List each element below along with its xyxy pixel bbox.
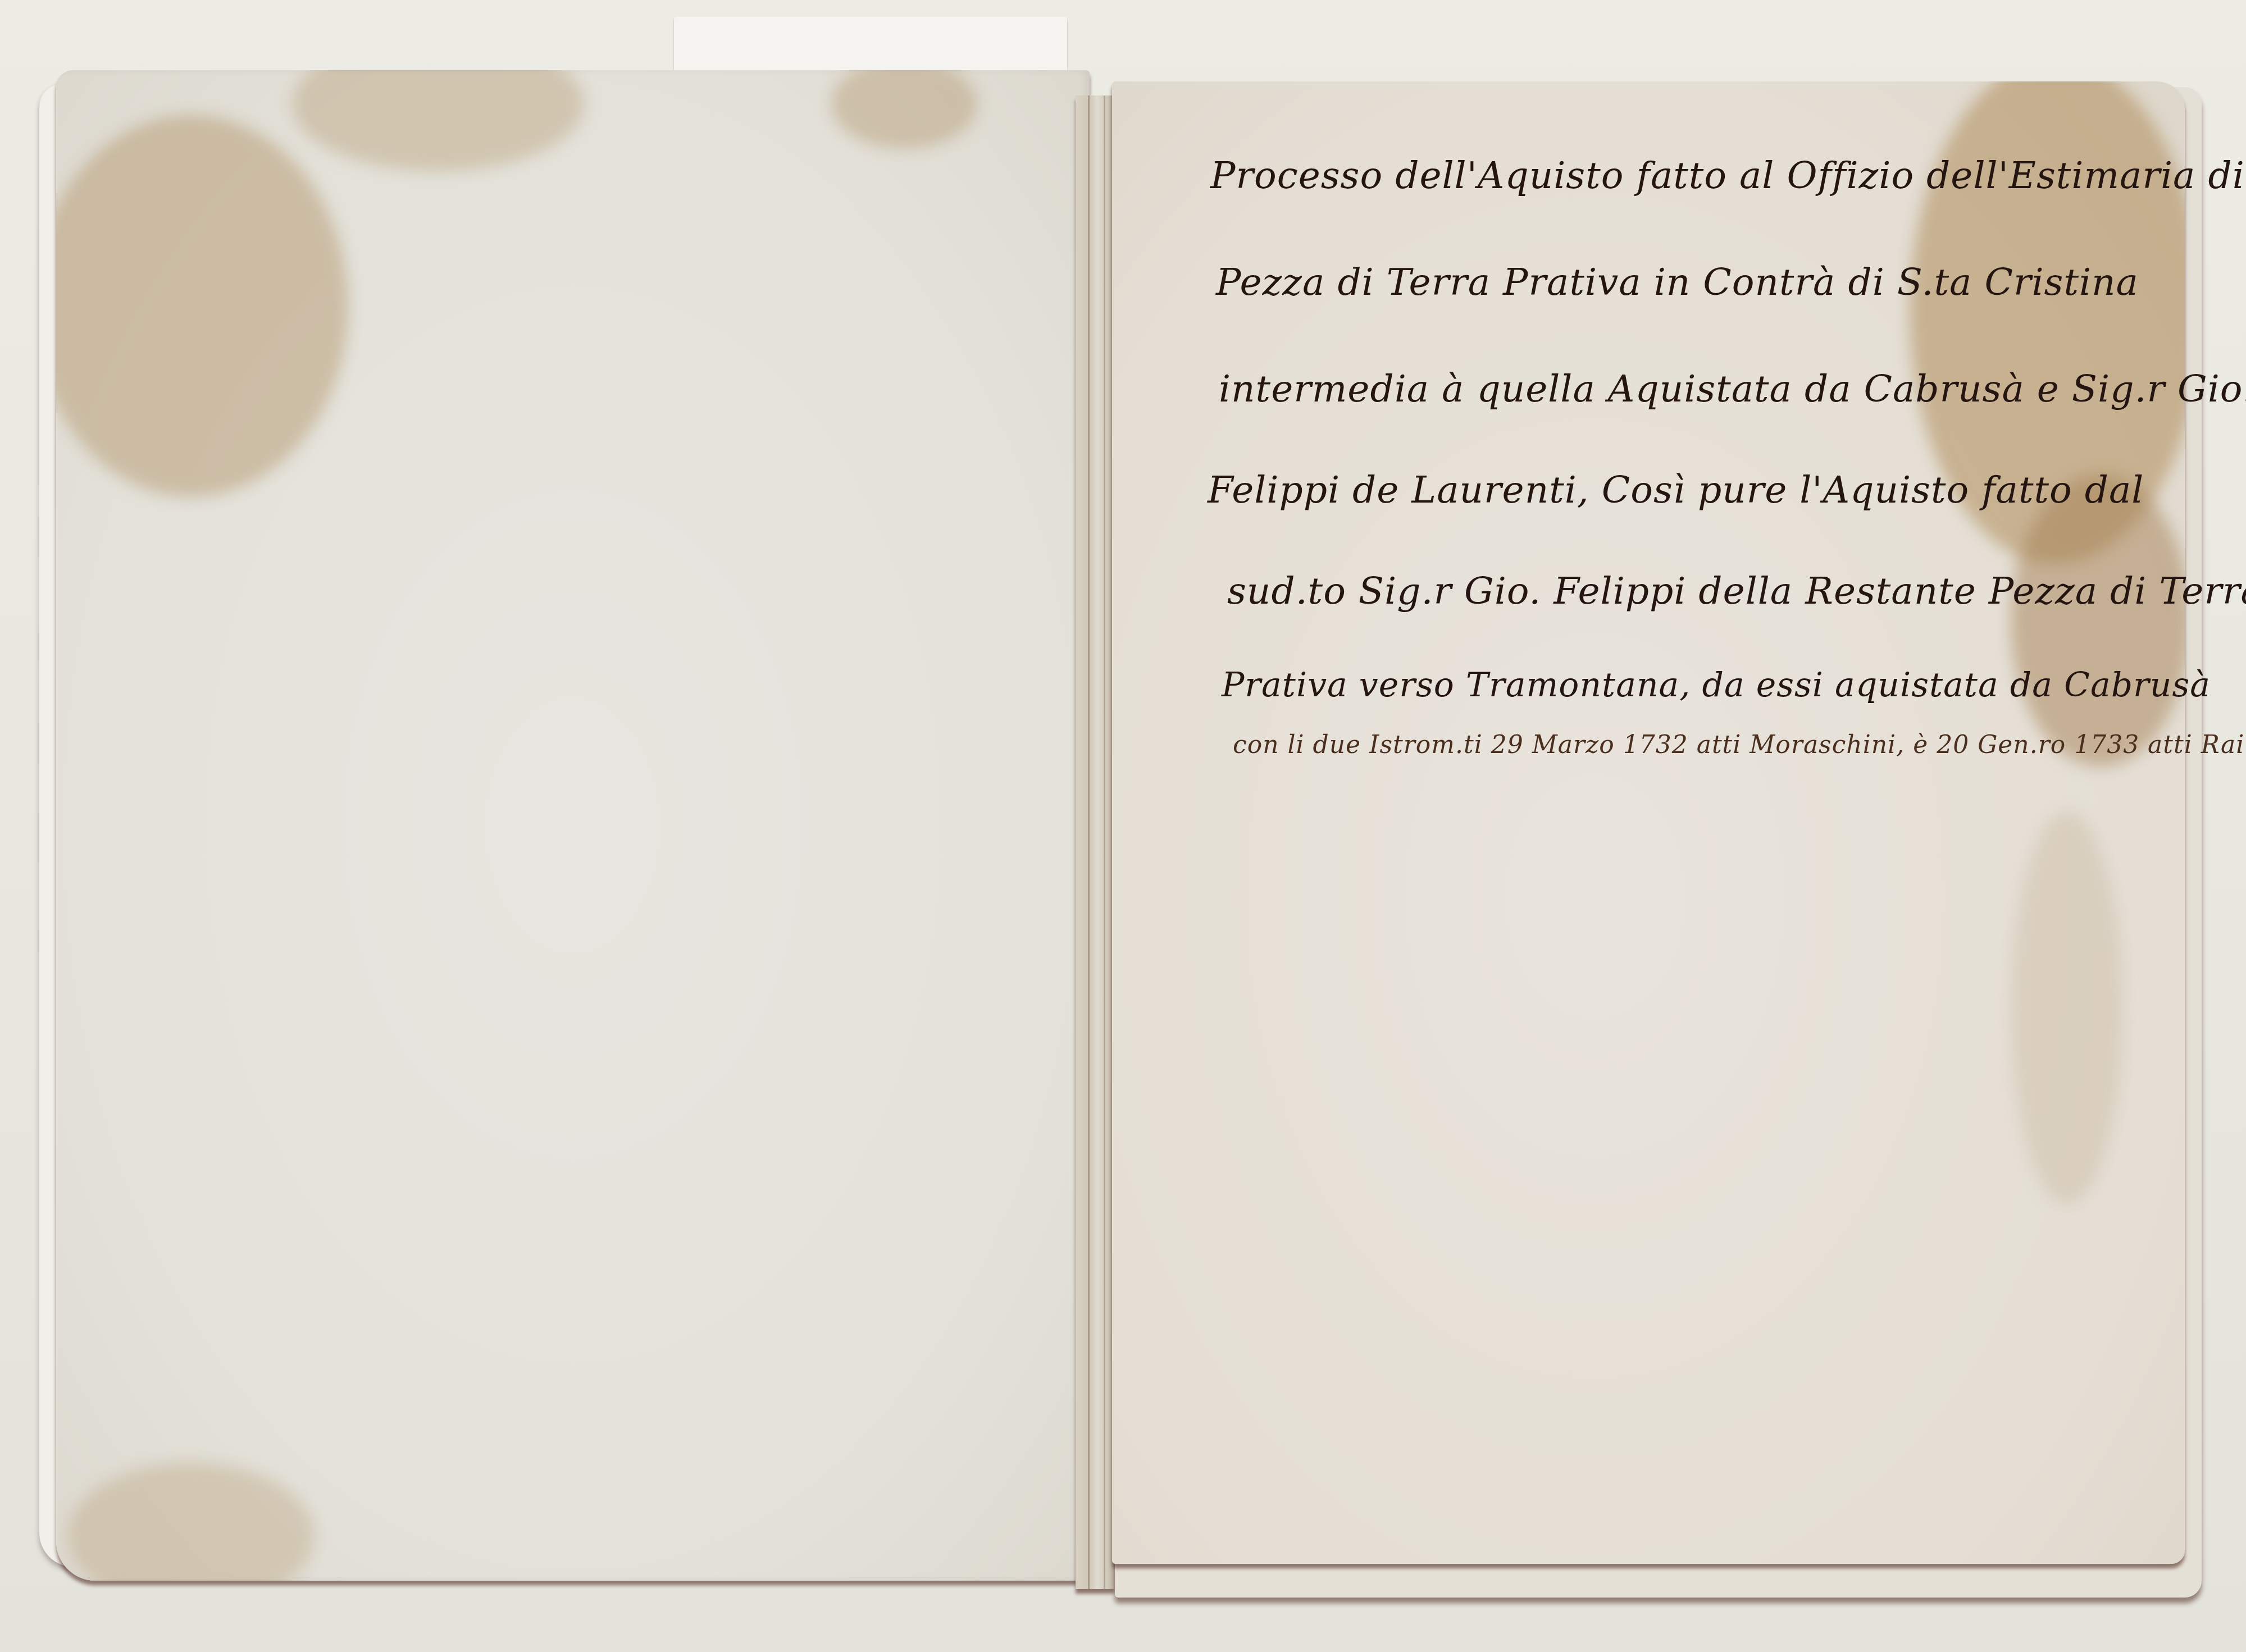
manuscript-line: Pezza di Terra Prativa in Contrà di S.ta… <box>1216 264 2139 301</box>
left-page <box>56 70 1090 1581</box>
loose-sheet-edge <box>674 17 1067 79</box>
right-page <box>1112 81 2185 1564</box>
book-spine <box>1076 95 1115 1589</box>
water-stain <box>831 70 977 149</box>
manuscript-line: intermedia à quella Aquistata da Cabrusà… <box>1219 371 2246 408</box>
spine-fold <box>1104 95 1105 1589</box>
water-stain <box>292 70 584 171</box>
manuscript-line: Processo dell'Aquisto fatto al Offizio d… <box>1210 157 2246 194</box>
manuscript-line: con li due Istrom.ti 29 Marzo 1732 atti … <box>1233 733 2246 757</box>
water-stain <box>2011 811 2123 1204</box>
manuscript-line: Prativa verso Tramontana, da essi aquist… <box>1222 668 2211 702</box>
manuscript-line: sud.to Sig.r Gio. Felippi della Restante… <box>1227 573 2246 610</box>
water-stain <box>56 115 348 497</box>
spine-fold <box>1088 95 1090 1589</box>
manuscript-line: Felippi de Laurenti, Così pure l'Aquisto… <box>1208 472 2144 509</box>
water-stain <box>2011 474 2185 766</box>
water-stain <box>67 1463 315 1581</box>
